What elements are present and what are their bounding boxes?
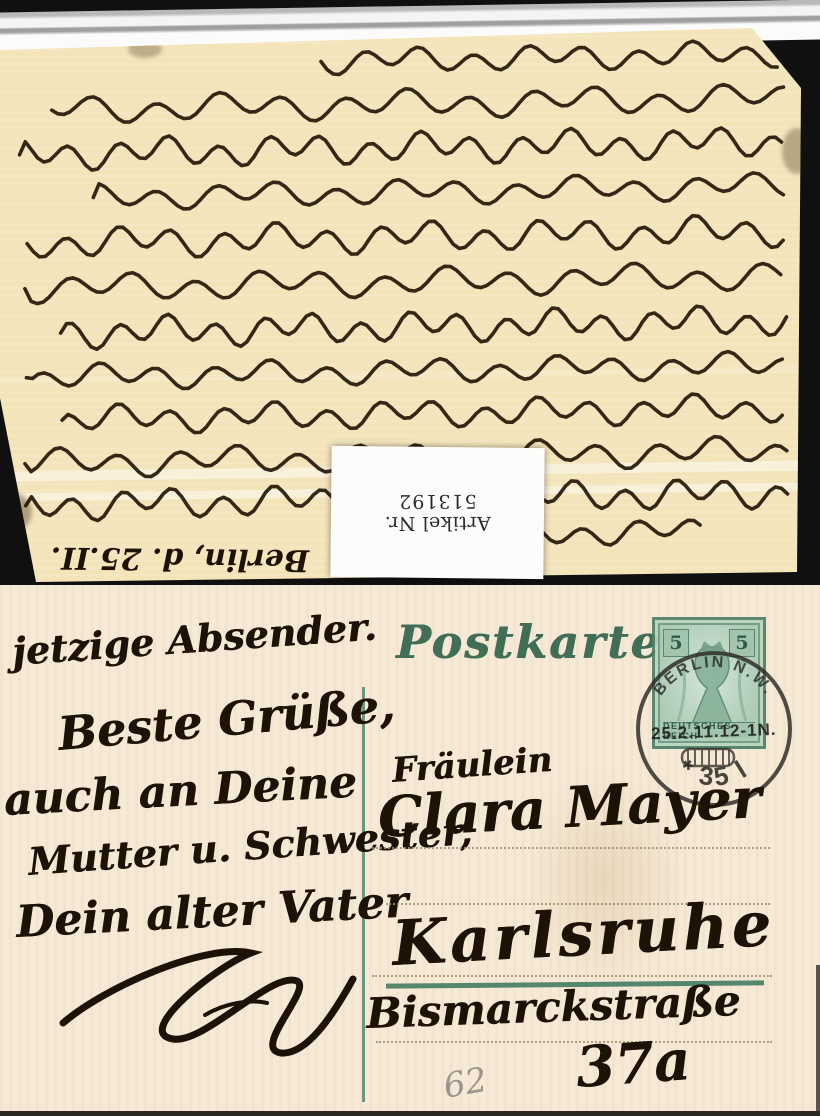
article-label-text: Artikel Nr. 513192 — [331, 447, 544, 579]
message-line: jetzige Absender. — [10, 604, 377, 674]
postcard-front: Postkarte 5 5 DEUTSCHES REICH — [0, 585, 820, 1116]
signature-flourish — [55, 937, 365, 1065]
handwriting-stroke — [52, 82, 784, 125]
scan-back-section: Berlin, d. 25.II. Artikel Nr. 513192 — [0, 0, 820, 585]
handwriting-stroke — [321, 40, 777, 75]
article-number-label: Artikel Nr. 513192 — [330, 446, 544, 579]
postmark-date: 25.2.11.12-1N. — [651, 720, 777, 743]
article-number: 513192 — [398, 490, 477, 512]
address-number: 37a — [574, 1027, 693, 1101]
handwriting-stroke — [62, 393, 782, 436]
handwriting-stroke — [25, 260, 781, 304]
card-edge-shadow — [816, 965, 820, 1116]
handwriting-stroke — [19, 125, 781, 172]
handwriting-stroke — [26, 351, 782, 392]
handwriting-stroke — [93, 172, 783, 211]
message-line: Beste Grüße, — [56, 678, 397, 761]
pencil-number: 62 — [441, 1060, 491, 1107]
article-label-caption: Artikel Nr. — [384, 512, 491, 534]
handwriting-stroke — [60, 303, 786, 349]
postmark-city: BERLIN N.W. — [651, 654, 778, 699]
postkarte-heading: Postkarte — [396, 615, 662, 669]
address-dotted-line — [372, 847, 770, 849]
address-city: Karlsruhe — [390, 887, 777, 980]
handwriting-stroke — [27, 214, 783, 260]
signature-stroke — [63, 952, 353, 1054]
card-edge-shadow — [0, 1111, 820, 1116]
dateline-berlin: Berlin, d. 25.II. — [44, 521, 317, 578]
message-line: auch an Deine — [3, 757, 358, 826]
postcard-scan: Berlin, d. 25.II. Artikel Nr. 513192 Pos… — [0, 0, 820, 1116]
